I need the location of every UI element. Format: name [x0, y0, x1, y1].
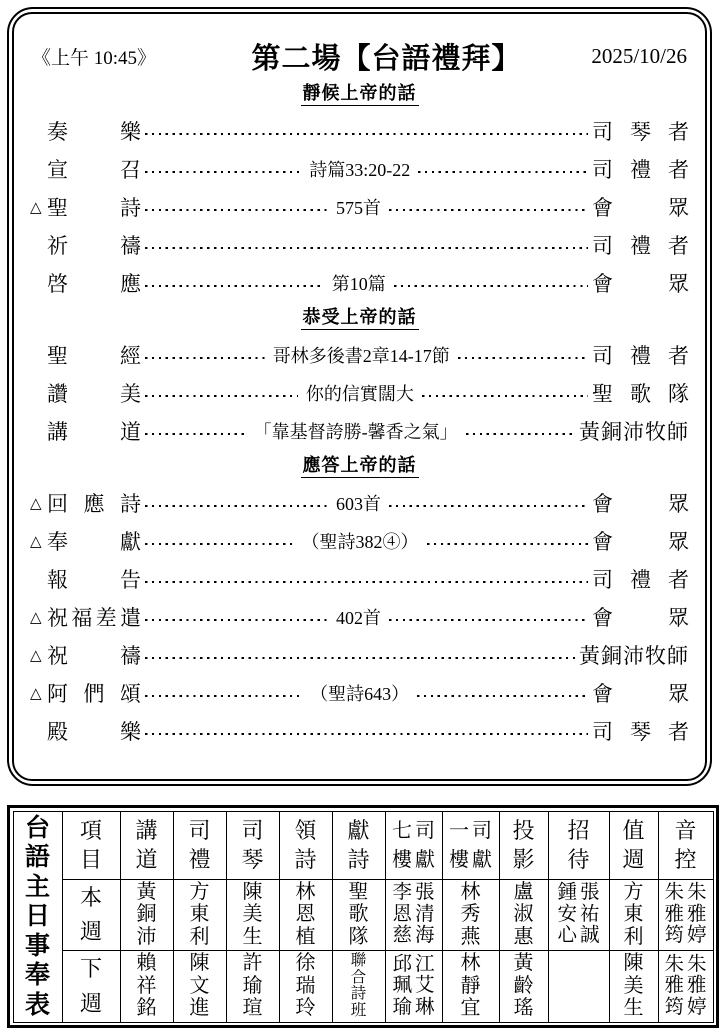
row-duty: 黃銅沛牧師: [579, 640, 689, 670]
row-duty: 會眾: [592, 602, 689, 632]
column-header-anthem: 獻詩: [333, 812, 386, 880]
char: 聯: [351, 953, 367, 970]
program-row: △奉獻（聖詩382④）會眾: [28, 522, 691, 560]
char: 誠: [580, 925, 600, 947]
row-label: 報告: [47, 564, 141, 594]
vertical-text: 投影: [512, 812, 534, 879]
char: 禮: [630, 564, 651, 594]
char: 司: [592, 154, 613, 184]
char: 講: [47, 416, 68, 446]
dotted-leader: [145, 657, 575, 659]
column-header-projection: 投影: [500, 812, 549, 880]
char: 司: [592, 716, 613, 746]
char: 司: [188, 820, 210, 842]
char: 會: [592, 526, 613, 556]
row-detail: 「靠基督誇勝-馨香之氣」: [250, 418, 462, 444]
duty-cell: [549, 951, 610, 1022]
char: 應: [120, 268, 141, 298]
char: 本: [80, 887, 102, 909]
char: 朱: [664, 954, 684, 976]
char: 江: [415, 954, 435, 976]
char: 者: [668, 154, 689, 184]
char: 朱: [664, 882, 684, 904]
char: 週: [622, 849, 644, 871]
dotted-leader: [145, 433, 246, 435]
duty-cell: 李恩慈張清海: [386, 880, 443, 951]
row-detail: 603首: [332, 490, 385, 516]
dotted-leader: [145, 733, 588, 735]
char: 祝: [47, 602, 68, 632]
row-duty: 司禮者: [592, 564, 689, 594]
column-header-preaching: 講道: [121, 812, 174, 880]
char: 林: [296, 881, 316, 904]
char: 沛: [623, 640, 645, 670]
char: 招: [567, 820, 589, 842]
char: 美: [624, 975, 644, 998]
program-row: 奏樂司琴者: [28, 112, 691, 150]
program-row: 聖經哥林多後書2章14-17節司禮者: [28, 336, 691, 374]
char: 盧: [514, 881, 534, 904]
column-header-pianist: 司琴: [227, 812, 280, 880]
duty-table-grid: 項目講道司禮司琴領詩獻詩七樓司獻一樓司獻投影招待值週音控本週黃銅沛方東利陳美生林…: [63, 812, 713, 1022]
char: 林: [461, 952, 481, 975]
vertical-text: 林靜宜: [461, 952, 481, 1020]
char: 黃: [137, 881, 157, 904]
char: 隊: [349, 926, 369, 949]
char: 師: [667, 640, 689, 670]
program-row: △祝禱黃銅沛牧師: [28, 636, 691, 674]
program-row: △聖詩575首會眾: [28, 188, 691, 226]
vertical-text: 一樓: [449, 812, 469, 879]
vertical-text: 江艾琳: [415, 954, 435, 1019]
column-header-offering-1f: 一樓司獻: [443, 812, 500, 880]
char: 淑: [514, 903, 534, 926]
row-duty: 司琴者: [592, 716, 689, 746]
duty-cell: 方東利: [610, 880, 659, 951]
char: 奉: [47, 526, 68, 556]
vertical-text: 陳文進: [190, 952, 210, 1020]
vertical-text: 聖歌隊: [349, 881, 369, 949]
char: 瑤: [514, 997, 534, 1020]
char: 琴: [630, 116, 651, 146]
char: 者: [668, 564, 689, 594]
char: 鍾: [557, 882, 577, 904]
char: 獻: [472, 850, 492, 870]
char: 艾: [415, 975, 435, 997]
char: 禮: [630, 340, 651, 370]
char: 奏: [47, 116, 68, 146]
char: 事: [25, 934, 50, 959]
vertical-text: 項目: [80, 812, 102, 879]
vertical-text: 陳美生: [624, 952, 644, 1020]
row-duty: 黃銅沛牧師: [579, 416, 689, 446]
row-prefix: △: [30, 494, 47, 513]
char: 黃: [514, 952, 534, 975]
vertical-text: 下週: [80, 951, 102, 1022]
row-duty: 會眾: [592, 192, 689, 222]
vertical-text: 陳美生: [243, 881, 263, 949]
row-duty: 會眾: [592, 678, 689, 708]
dotted-leader: [394, 285, 588, 287]
row-prefix: △: [30, 608, 47, 627]
char: 利: [190, 926, 210, 949]
dotted-leader: [145, 247, 588, 249]
char: 沛: [137, 926, 157, 949]
char: 瑜: [392, 997, 412, 1019]
row-label: 阿們頌: [47, 678, 141, 708]
char: 樂: [120, 716, 141, 746]
program-row: 宣召詩篇33:20-22司禮者: [28, 150, 691, 188]
row-label: 讚美: [47, 378, 141, 408]
page-title: 第二場【台語禮拜】: [212, 36, 561, 77]
char: 會: [592, 488, 613, 518]
duty-cell: 鍾安心張祐誠: [549, 880, 610, 951]
char: 頌: [120, 678, 141, 708]
row-label: 奉獻: [47, 526, 141, 556]
char: 方: [190, 881, 210, 904]
char: 下: [80, 958, 102, 980]
char: 邱: [392, 954, 412, 976]
char: 殿: [47, 716, 68, 746]
worship-order-sheet: 《上午 10:45》 第二場【台語禮拜】 2025/10/26 靜候上帝的話奏樂…: [7, 7, 712, 786]
row-label: 祈禱: [47, 230, 141, 260]
char: 者: [668, 116, 689, 146]
program-row: 啓應第10篇會眾: [28, 264, 691, 302]
char: 婷: [687, 997, 707, 1019]
row-detail: 你的信實闊大: [302, 380, 418, 406]
char: 朱: [687, 882, 707, 904]
vertical-text: 方東利: [624, 881, 644, 949]
char: 雅: [664, 904, 684, 926]
char: 項: [80, 820, 102, 842]
char: 李: [392, 882, 412, 904]
vertical-text: 張祐誠: [580, 882, 600, 947]
char: 合: [351, 970, 367, 987]
char: 詩: [294, 849, 316, 871]
char: 值: [622, 820, 644, 842]
row-label: 聖經: [47, 340, 141, 370]
char: 禱: [120, 230, 141, 260]
vertical-text: 司琴: [241, 812, 263, 879]
row-prefix: △: [30, 198, 47, 217]
char: 禮: [630, 154, 651, 184]
char: 們: [84, 678, 105, 708]
column-header-precentor: 領詩: [280, 812, 333, 880]
duty-cell: 聖歌隊: [333, 880, 386, 951]
char: 恩: [296, 903, 316, 926]
row-label: 殿樂: [47, 716, 141, 746]
char: 會: [592, 268, 613, 298]
vertical-text: 李恩慈: [392, 882, 412, 947]
char: 雅: [664, 975, 684, 997]
row-label: 回應詩: [47, 488, 141, 518]
char: 筠: [664, 997, 684, 1019]
dotted-leader: [145, 133, 588, 135]
char: 東: [624, 903, 644, 926]
char: 語: [25, 845, 50, 870]
row-duty: 聖歌隊: [592, 378, 689, 408]
char: 銅: [601, 640, 623, 670]
vertical-text: 賴祥銘: [137, 952, 157, 1020]
duty-table-title: 台語主日事奉表: [14, 812, 63, 1022]
duty-cell: 朱雅筠朱雅婷: [659, 951, 713, 1022]
char: 賴: [137, 952, 157, 975]
char: 張: [415, 882, 435, 904]
column-header-item: 項目: [63, 812, 121, 880]
duty-cell: 邱珮瑜江艾琳: [386, 951, 443, 1022]
row-detail: 哥林多後書2章14-17節: [269, 342, 454, 368]
char: 獻: [347, 820, 369, 842]
char: 筠: [664, 925, 684, 947]
char: 報: [47, 564, 68, 594]
vertical-text: 司獻: [415, 812, 435, 879]
char: 徐: [296, 952, 316, 975]
duty-cell: 聯合詩班: [333, 951, 386, 1022]
char: 啓: [47, 268, 68, 298]
char: 玲: [296, 997, 316, 1020]
section-title-text: 應答上帝的話: [301, 453, 419, 478]
char: 司: [241, 820, 263, 842]
char: 歌: [630, 378, 651, 408]
dotted-leader: [389, 619, 588, 621]
char: 祈: [47, 230, 68, 260]
duty-cell: 林恩植: [280, 880, 333, 951]
char: 週: [80, 921, 102, 943]
service-time: 《上午 10:45》: [32, 43, 212, 70]
char: 文: [190, 975, 210, 998]
char: 差: [96, 602, 117, 632]
vertical-text: 邱珮瑜: [392, 954, 412, 1019]
char: 聖: [592, 378, 613, 408]
char: 詩: [351, 986, 367, 1003]
row-detail: （聖詩382④）: [298, 528, 423, 554]
row-prefix: △: [30, 532, 47, 551]
char: 瑞: [296, 975, 316, 998]
char: 海: [415, 925, 435, 947]
char: 詩: [347, 849, 369, 871]
column-header-sound: 音控: [659, 812, 713, 880]
program-row: 殿樂司琴者: [28, 712, 691, 750]
row-duty: 司禮者: [592, 230, 689, 260]
char: 黃: [579, 416, 601, 446]
vertical-text: 朱雅婷: [687, 882, 707, 947]
column-header-offering-7f: 七樓司獻: [386, 812, 443, 880]
char: 珮: [392, 975, 412, 997]
row-label: 講道: [47, 416, 141, 446]
char: 控: [674, 849, 696, 871]
char: 慈: [392, 925, 412, 947]
char: 禮: [630, 230, 651, 260]
duty-cell: 黃銅沛: [121, 880, 174, 951]
char: 張: [580, 882, 600, 904]
char: 阿: [47, 678, 68, 708]
duty-cell: 陳美生: [227, 880, 280, 951]
char: 婷: [687, 925, 707, 947]
row-label: 宣召: [47, 154, 141, 184]
program-row: 講道「靠基督誇勝-馨香之氣」黃銅沛牧師: [28, 412, 691, 450]
program-row: △回應詩603首會眾: [28, 484, 691, 522]
char: 投: [512, 820, 534, 842]
vertical-text: 司禮: [188, 812, 210, 879]
char: 道: [120, 416, 141, 446]
vertical-text: 黃銅沛: [137, 881, 157, 949]
program-row: 報告司禮者: [28, 560, 691, 598]
char: 司: [592, 564, 613, 594]
section-title-text: 靜候上帝的話: [301, 81, 419, 106]
duty-cell: 方東利: [174, 880, 227, 951]
sheet-header: 《上午 10:45》 第二場【台語禮拜】 2025/10/26: [28, 34, 691, 78]
vertical-text: 七樓: [392, 812, 412, 879]
dotted-leader: [427, 543, 588, 545]
dotted-leader: [466, 433, 575, 435]
char: 司: [592, 340, 613, 370]
row-header: 下週: [63, 951, 121, 1022]
char: 告: [120, 564, 141, 594]
dotted-leader: [145, 285, 324, 287]
duty-cell: 賴祥銘: [121, 951, 174, 1022]
row-duty: 司禮者: [592, 340, 689, 370]
char: 齡: [514, 975, 534, 998]
char: 眾: [668, 678, 689, 708]
char: 召: [120, 154, 141, 184]
service-date: 2025/10/26: [561, 44, 687, 69]
vertical-text: 音控: [674, 812, 696, 879]
char: 聖: [47, 192, 68, 222]
char: 惠: [514, 926, 534, 949]
row-detail: 575首: [332, 194, 385, 220]
dotted-leader: [145, 619, 328, 621]
dotted-leader: [145, 357, 265, 359]
char: 會: [592, 192, 613, 222]
char: 安: [557, 904, 577, 926]
duty-cell: 朱雅筠朱雅婷: [659, 880, 713, 951]
char: 祥: [137, 975, 157, 998]
char: 聖: [47, 340, 68, 370]
dotted-leader: [145, 209, 328, 211]
char: 琳: [415, 997, 435, 1019]
char: 七: [392, 821, 412, 841]
char: 講: [135, 820, 157, 842]
char: 眾: [668, 192, 689, 222]
row-duty: 會眾: [592, 526, 689, 556]
row-label: 祝禱: [47, 640, 141, 670]
char: 者: [668, 230, 689, 260]
section-title: 恭受上帝的話: [28, 302, 691, 336]
char: 祐: [580, 904, 600, 926]
char: 琴: [630, 716, 651, 746]
char: 雅: [687, 904, 707, 926]
char: 讚: [47, 378, 68, 408]
char: 班: [351, 1003, 367, 1020]
char: 銅: [601, 416, 623, 446]
vertical-text: 司獻: [472, 812, 492, 879]
char: 東: [190, 903, 210, 926]
vertical-text: 林恩植: [296, 881, 316, 949]
vertical-text: 領詩: [294, 812, 316, 879]
row-duty: 會眾: [592, 488, 689, 518]
vertical-text: 徐瑞玲: [296, 952, 316, 1020]
char: 遣: [120, 602, 141, 632]
char: 樂: [120, 116, 141, 146]
char: 陳: [624, 952, 644, 975]
char: 琴: [241, 849, 263, 871]
char: 雅: [687, 975, 707, 997]
char: 宣: [47, 154, 68, 184]
vertical-text: 方東利: [190, 881, 210, 949]
char: 師: [667, 416, 689, 446]
char: 影: [512, 849, 534, 871]
char: 銅: [137, 903, 157, 926]
vertical-text: 本週: [80, 880, 102, 950]
duty-cell: 林靜宜: [443, 951, 500, 1022]
char: 植: [296, 926, 316, 949]
vertical-text: 聯合詩班: [351, 953, 367, 1019]
char: 眾: [668, 602, 689, 632]
char: 進: [190, 997, 210, 1020]
char: 銘: [137, 997, 157, 1020]
row-duty: 會眾: [592, 268, 689, 298]
char: 獻: [120, 526, 141, 556]
char: 經: [120, 340, 141, 370]
char: 司: [592, 116, 613, 146]
vertical-text: 講道: [135, 812, 157, 879]
char: 清: [415, 904, 435, 926]
vertical-text: 獻詩: [347, 812, 369, 879]
char: 司: [472, 821, 492, 841]
row-detail: 第10篇: [328, 270, 390, 296]
char: 秀: [461, 903, 481, 926]
vertical-text: 朱雅筠: [664, 882, 684, 947]
vertical-text: 黃齡瑤: [514, 952, 534, 1020]
char: 陳: [190, 952, 210, 975]
dotted-leader: [422, 395, 588, 397]
char: 日: [25, 904, 50, 929]
char: 待: [567, 849, 589, 871]
char: 禮: [188, 849, 210, 871]
duty-cell: 許瑜瑄: [227, 951, 280, 1022]
duty-table-frame: 台語主日事奉表 項目講道司禮司琴領詩獻詩七樓司獻一樓司獻投影招待值週音控本週黃銅…: [13, 811, 714, 1023]
char: 領: [294, 820, 316, 842]
char: 靜: [461, 975, 481, 998]
char: 目: [80, 849, 102, 871]
char: 方: [624, 881, 644, 904]
vertical-text: 值週: [622, 812, 644, 879]
char: 者: [668, 340, 689, 370]
row-detail: （聖詩643）: [306, 680, 413, 706]
char: 心: [557, 925, 577, 947]
vertical-text: 林秀燕: [461, 881, 481, 949]
char: 回: [47, 488, 68, 518]
char: 陳: [243, 881, 263, 904]
column-header-reception: 招待: [549, 812, 610, 880]
dotted-leader: [389, 209, 588, 211]
char: 生: [243, 926, 263, 949]
char: 燕: [461, 926, 481, 949]
char: 詩: [120, 488, 141, 518]
row-detail: 詩篇33:20-22: [305, 156, 414, 182]
dotted-leader: [145, 505, 328, 507]
char: 禱: [120, 640, 141, 670]
row-header: 本週: [63, 880, 121, 951]
dotted-leader: [458, 357, 588, 359]
char: 美: [243, 903, 263, 926]
vertical-text: 張清海: [415, 882, 435, 947]
row-prefix: △: [30, 646, 47, 665]
column-header-liturgist: 司禮: [174, 812, 227, 880]
char: 表: [25, 993, 50, 1018]
row-label: 聖詩: [47, 192, 141, 222]
row-detail: 402首: [332, 604, 385, 630]
